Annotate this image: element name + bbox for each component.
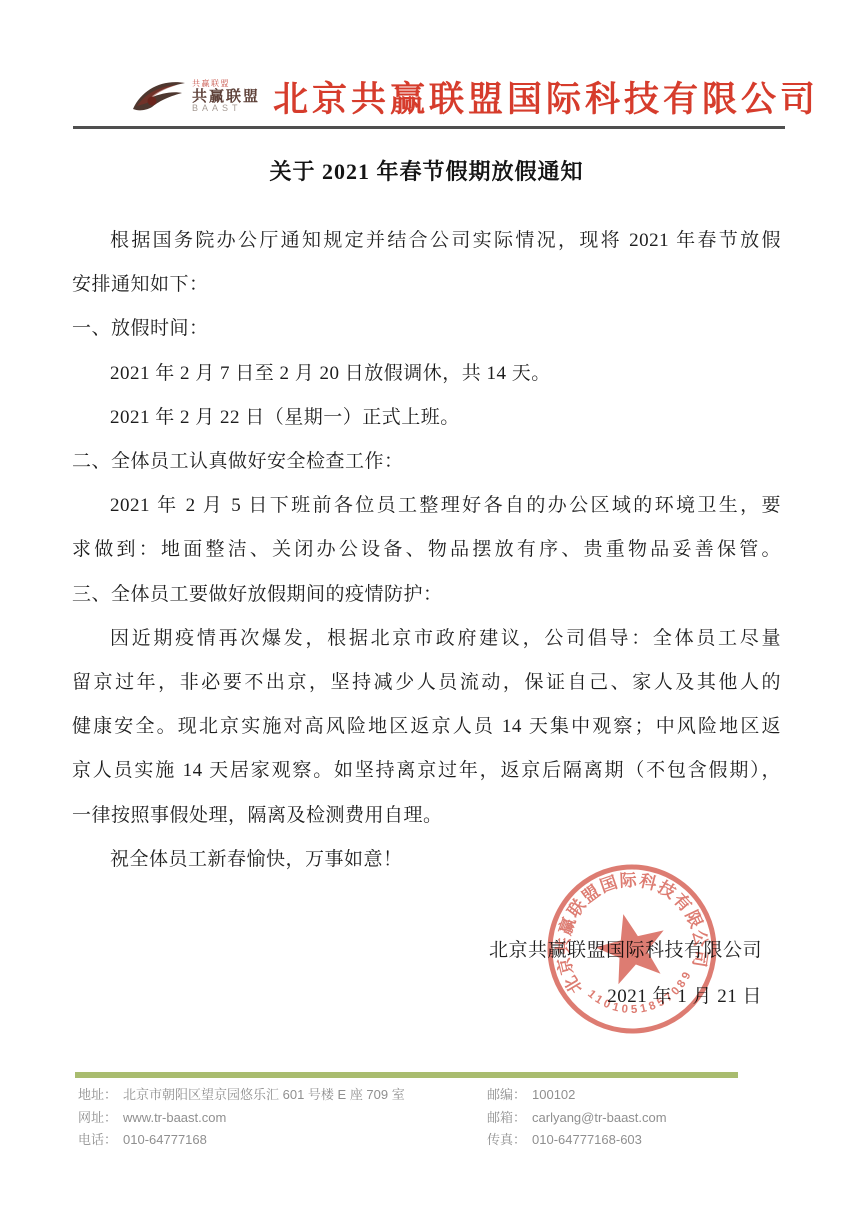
footer-value: 010-64777168 [123, 1132, 207, 1147]
footer-row: 电话：010-64777168 [78, 1129, 405, 1152]
body-line: 根据国务院办公厅通知规定并结合公司实际情况，现将 2021 年春节放假 [72, 219, 781, 263]
body-line: 2021 年 2 月 22 日（星期一）正式上班。 [72, 396, 781, 440]
body-line: 一、放假时间： [72, 307, 781, 351]
signature-block: 北京共赢联盟国际科技有限公司 2021 年 1 月 21 日 [72, 928, 781, 1020]
footer-label: 电话： [78, 1132, 117, 1147]
footer-divider-bar [75, 1072, 738, 1078]
footer-value: 100102 [532, 1087, 575, 1102]
footer-label: 邮箱： [487, 1110, 526, 1125]
footer-label: 传真： [487, 1132, 526, 1147]
body-line: 因近期疫情再次爆发，根据北京市政府建议，公司倡导：全体员工尽量 [72, 617, 781, 661]
logo-en-label: BAAST [192, 104, 260, 113]
notice-body: 根据国务院办公厅通知规定并结合公司实际情况，现将 2021 年春节放假安排通知如… [72, 219, 781, 882]
logo-text: 共赢联盟 共赢联盟 BAAST [192, 80, 260, 114]
footer-row: 传真：010-64777168-603 [487, 1129, 667, 1152]
body-line: 2021 年 2 月 5 日下班前各位员工整理好各自的办公区域的环境卫生，要 [72, 484, 781, 528]
footer-label: 邮编： [487, 1087, 526, 1102]
company-logo: 共赢联盟 共赢联盟 BAAST [131, 76, 260, 118]
notice-document-page: 共赢联盟 共赢联盟 BAAST 北京共赢联盟国际科技有限公司 关于 2021 年… [0, 0, 853, 1206]
logo-cn-label: 共赢联盟 [192, 89, 260, 105]
body-line: 三、全体员工要做好放假期间的疫情防护： [72, 573, 781, 617]
notice-title: 关于 2021 年春节假期放假通知 [0, 155, 853, 189]
footer-label: 地址： [78, 1087, 117, 1102]
footer-row: 网址：www.tr-baast.com [78, 1107, 405, 1130]
footer-value: 北京市朝阳区望京园悠乐汇 601 号楼 E 座 709 室 [123, 1087, 405, 1102]
body-line: 留京过年，非必要不出京，坚持减少人员流动，保证自己、家人及其他人的 [72, 661, 781, 705]
body-line: 二、全体员工认真做好安全检查工作： [72, 440, 781, 484]
letterhead: 共赢联盟 共赢联盟 BAAST 北京共赢联盟国际科技有限公司 [73, 0, 785, 129]
body-line: 一律按照事假处理，隔离及检测费用自理。 [72, 794, 781, 838]
body-line: 京人员实施 14 天居家观察。如坚持离京过年，返京后隔离期（不包含假期）， [72, 749, 781, 793]
signature-date: 2021 年 1 月 21 日 [72, 974, 762, 1020]
body-line: 祝全体员工新春愉快，万事如意！ [72, 838, 781, 882]
footer-label: 网址： [78, 1110, 117, 1125]
footer-row: 地址：北京市朝阳区望京园悠乐汇 601 号楼 E 座 709 室 [78, 1084, 405, 1107]
footer-row: 邮编：100102 [487, 1084, 667, 1107]
body-line: 2021 年 2 月 7 日至 2 月 20 日放假调休，共 14 天。 [72, 352, 781, 396]
body-line: 健康安全。现北京实施对高风险地区返京人员 14 天集中观察；中风险地区返 [72, 705, 781, 749]
footer-value: carlyang@tr-baast.com [532, 1110, 667, 1125]
company-name-header: 北京共赢联盟国际科技有限公司 [273, 72, 819, 122]
footer-value: www.tr-baast.com [123, 1110, 226, 1125]
footer-row: 邮箱：carlyang@tr-baast.com [487, 1107, 667, 1130]
footer-right-column: 邮编：100102邮箱：carlyang@tr-baast.com传真：010-… [487, 1084, 667, 1152]
footer-value: 010-64777168-603 [532, 1132, 642, 1147]
footer-left-column: 地址：北京市朝阳区望京园悠乐汇 601 号楼 E 座 709 室网址：www.t… [78, 1084, 405, 1152]
signature-company: 北京共赢联盟国际科技有限公司 [72, 928, 762, 974]
body-line: 求做到：地面整洁、关闭办公设备、物品摆放有序、贵重物品妥善保管。 [72, 528, 781, 572]
body-line: 安排通知如下： [72, 263, 781, 307]
eye-logo-icon [131, 76, 187, 118]
